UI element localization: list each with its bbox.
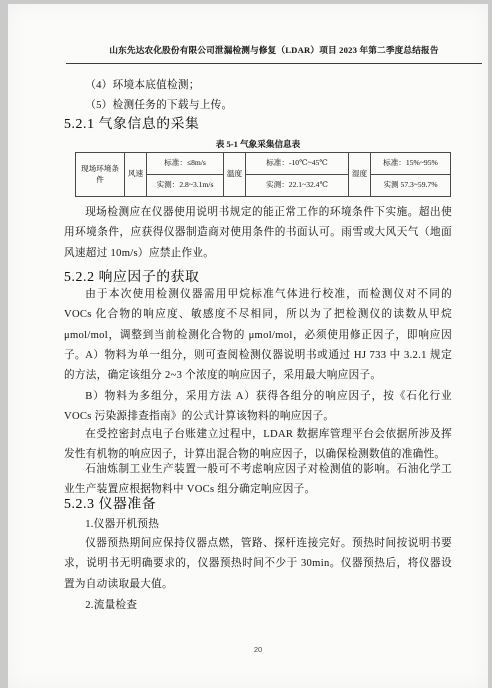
cell-humidity-standard: 标准：15%~95% bbox=[371, 153, 451, 175]
heading-5-2-2: 5.2.2 响应因子的获取 bbox=[64, 265, 452, 285]
page-header: 山东先达农化股份有限公司泄漏检测与修复（LDAR）项目 2023 年第二季度总结… bbox=[66, 44, 482, 64]
sub-item-1-warmup: 1.仪器开机预热 bbox=[64, 515, 452, 535]
table-caption: 表 5-1 气象采集信息表 bbox=[64, 138, 452, 150]
cell-wind-standard: 标准：≤8m/s bbox=[147, 153, 224, 175]
weather-info-table: 现场环境条件 风速 标准：≤8m/s 温度 标准：-10℃~45℃ 湿度 标准：… bbox=[75, 152, 451, 197]
paragraph-warmup: 仪器预热期间应保持仪器点燃，管路、探杆连接完好。预热时间按说明书要求，说明书无明… bbox=[64, 534, 452, 595]
heading-5-2-3: 5.2.3 仪器准备 bbox=[64, 492, 452, 512]
heading-5-2-1: 5.2.1 气象信息的采集 bbox=[64, 112, 452, 132]
sub-item-2-flow-check: 2.流量检查 bbox=[64, 596, 452, 616]
cell-site-conditions: 现场环境条件 bbox=[76, 153, 125, 197]
document-page: 山东先达农化股份有限公司泄漏检测与修复（LDAR）项目 2023 年第二季度总结… bbox=[8, 4, 488, 688]
list-item-4: （4）环境本底值检测； bbox=[64, 76, 452, 96]
paragraph-method-a: A）物料为单一组分，则可查阅检测仪器说明书或通过 HJ 733 中 3.2.1 … bbox=[64, 346, 452, 387]
cell-humidity-label: 湿度 bbox=[349, 153, 371, 197]
cell-temperature-standard: 标准：-10℃~45℃ bbox=[246, 153, 349, 175]
cell-temperature-measured: 实测：22.1~32.4℃ bbox=[246, 175, 349, 197]
cell-wind-measured: 实测：2.8~3.1m/s bbox=[147, 175, 224, 197]
cell-temperature-label: 温度 bbox=[224, 153, 246, 197]
paragraph-method-b: B）物料为多组分，采用方法 A）获得各组分的响应因子，按《石化行业 VOCs 污… bbox=[64, 387, 452, 428]
scan-background: { "header": { "title": "山东先达农化股份有限公司泄漏检测… bbox=[0, 0, 492, 688]
report-title: 山东先达农化股份有限公司泄漏检测与修复（LDAR）项目 2023 年第二季度总结… bbox=[66, 44, 482, 56]
paragraph-site-conditions: 现场检测应在仪器使用说明书规定的能正常工作的环境条件下实施。超出使用环境条件，应… bbox=[64, 203, 452, 264]
cell-wind-label: 风速 bbox=[125, 153, 147, 197]
cell-humidity-measured: 实测 57.3~59.7% bbox=[371, 175, 451, 197]
page-number: 20 bbox=[64, 645, 452, 654]
table-row: 现场环境条件 风速 标准：≤8m/s 温度 标准：-10℃~45℃ 湿度 标准：… bbox=[76, 153, 451, 175]
